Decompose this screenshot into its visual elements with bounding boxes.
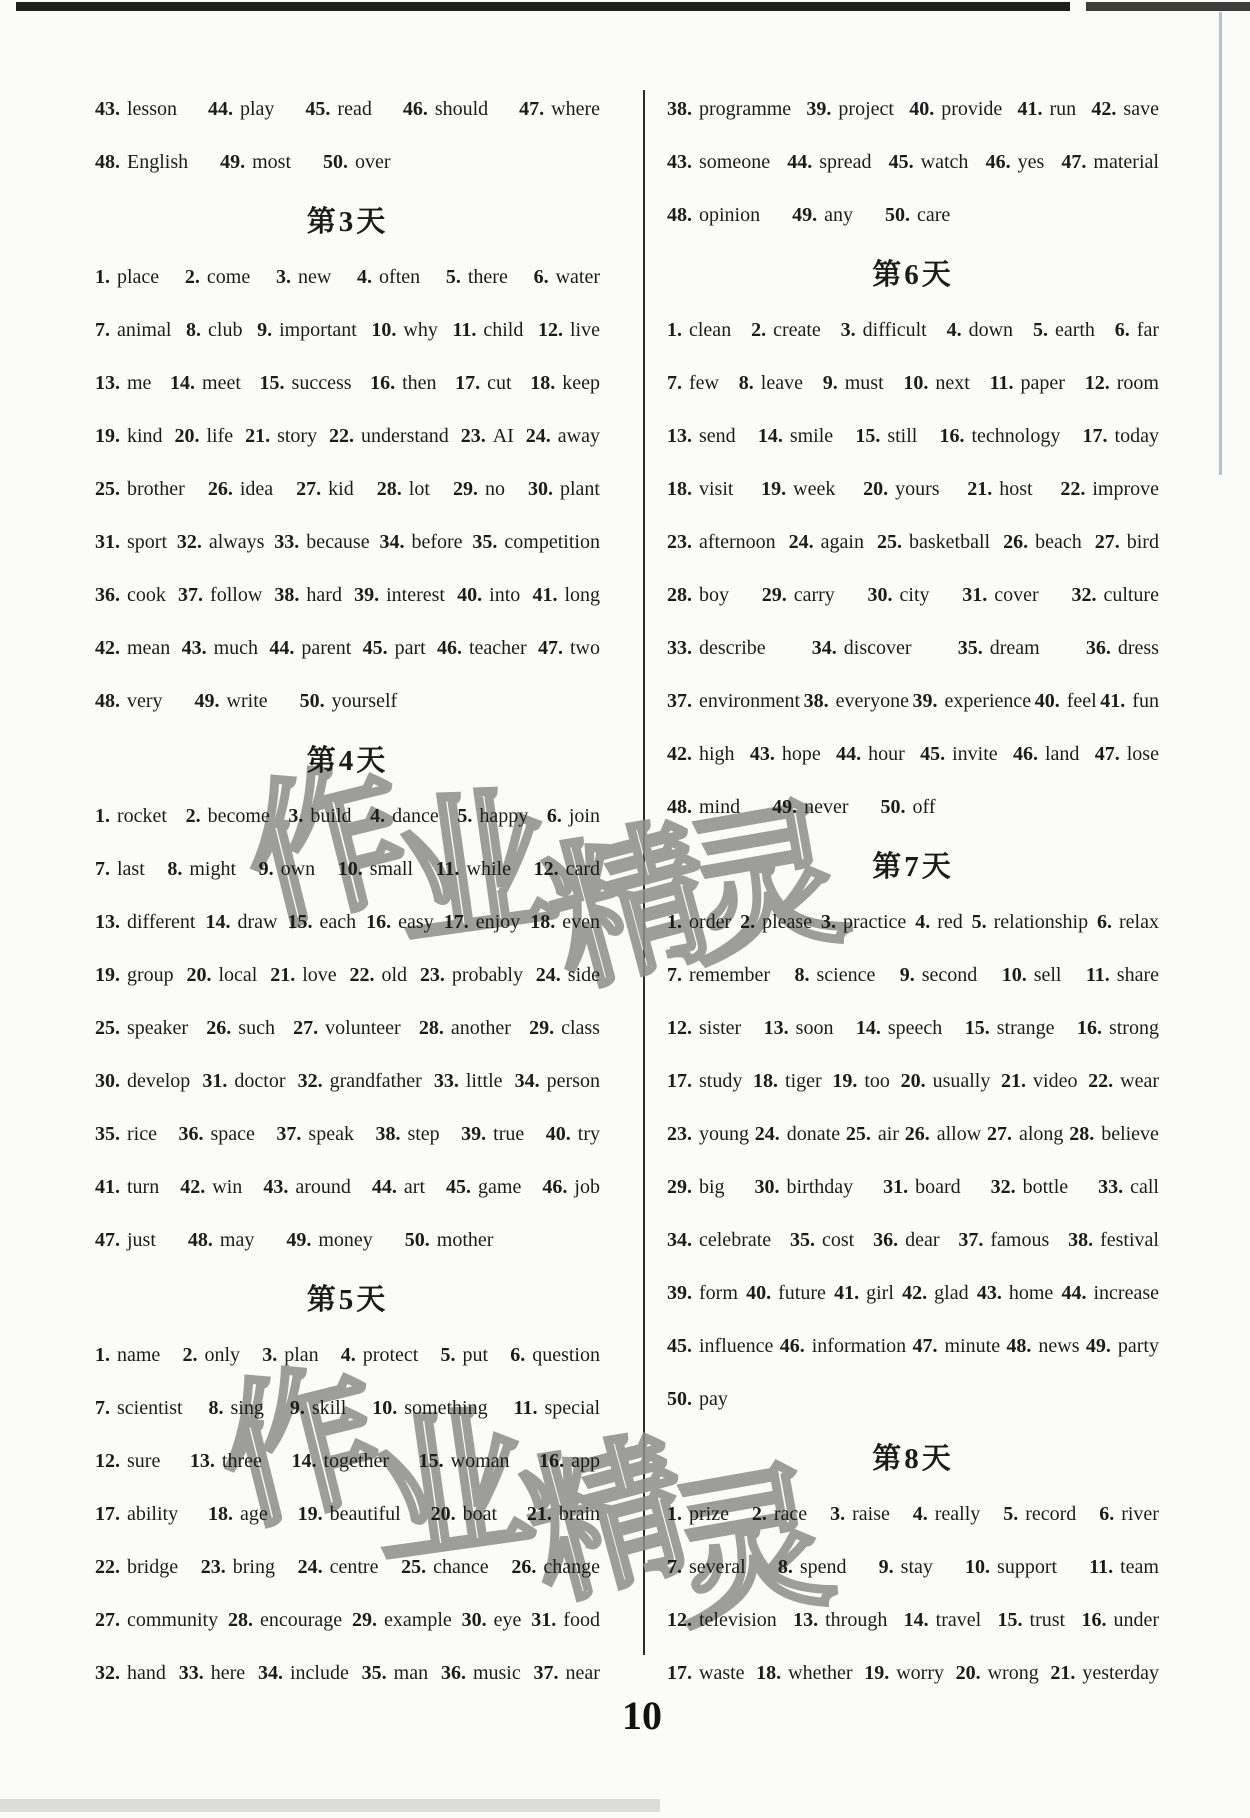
word-row: 1.order2.please3.practice4.red5.relation… [667,895,1159,948]
word-text: prize [689,1503,729,1525]
word-text: still [887,425,917,447]
word-text: new [298,266,331,288]
word-entry: 29.example [352,1610,452,1630]
word-text: dream [990,637,1040,659]
word-number: 7. [95,858,110,880]
word-text: yes [1018,151,1045,173]
word-entry: 29.no [453,479,505,499]
word-number: 25. [846,1123,871,1145]
word-row: 25.brother26.idea27.kid28.lot29.no30.pla… [95,462,600,515]
word-entry: 1.prize [667,1504,729,1524]
word-number: 50. [885,204,910,226]
word-text: birthday [787,1176,854,1198]
word-entry: 16.app [539,1451,600,1471]
word-text: probably [452,964,523,986]
word-text: job [574,1176,600,1198]
word-entry: 4.dance [370,806,439,826]
word-number: 4. [915,911,930,933]
word-entry: 31.sport [95,532,167,552]
word-number: 34. [812,637,837,659]
word-text: too [864,1070,890,1092]
scan-artifact-bottom [0,1799,660,1812]
word-entry: 37.speak [276,1124,354,1144]
word-number: 19. [95,425,120,447]
word-number: 36. [95,584,120,606]
word-number: 38. [375,1123,400,1145]
word-number: 49. [772,796,797,818]
word-entry: 22.understand [329,426,449,446]
word-entry: 27.along [987,1124,1063,1144]
word-number: 20. [863,478,888,500]
word-text: land [1045,743,1079,765]
word-text: visit [699,478,733,500]
word-number: 1. [95,1344,110,1366]
word-number: 50. [667,1388,692,1410]
word-text: old [381,964,407,986]
word-text: play [240,98,274,120]
word-number: 16. [940,425,965,447]
word-number: 7. [667,372,682,394]
word-entry: 46.information [780,1336,906,1356]
word-number: 24. [526,425,551,447]
word-text: often [379,266,420,288]
word-entry: 2.only [182,1345,240,1365]
word-entry: 19.beautiful [298,1504,401,1524]
word-entry: 11.while [436,859,511,879]
word-text: run [1050,98,1077,120]
word-text: lot [409,478,430,500]
word-number: 45. [920,743,945,765]
word-number: 38. [274,584,299,606]
word-number: 49. [195,690,220,712]
word-text: music [473,1662,521,1684]
word-row: 18.visit19.week20.yours21.host22.improve [667,462,1159,515]
word-entry: 7.animal [95,320,171,340]
word-number: 23. [667,1123,692,1145]
word-text: win [212,1176,242,1198]
word-text: boy [699,584,729,606]
word-number: 12. [534,858,559,880]
word-text: only [204,1344,240,1366]
word-number: 18. [667,478,692,500]
word-entry: 10.something [372,1398,487,1418]
word-number: 1. [667,911,682,933]
word-text: watch [921,151,969,173]
word-text: over [355,151,391,173]
word-text: three [222,1450,262,1472]
word-text: celebrate [699,1229,771,1251]
word-number: 36. [873,1229,898,1251]
word-text: cover [994,584,1038,606]
word-number: 44. [836,743,861,765]
word-number: 19. [761,478,786,500]
word-entry: 14.travel [904,1610,982,1630]
word-number: 20. [901,1070,926,1092]
word-text: small [370,858,413,880]
word-number: 37. [958,1229,983,1251]
word-number: 48. [188,1229,213,1251]
word-row: 1.name2.only3.plan4.protect5.put6.questi… [95,1328,600,1381]
word-number: 33. [179,1662,204,1684]
word-entry: 43.someone [667,152,770,172]
day-heading: 第6天 [667,241,1159,303]
word-text: sport [127,531,167,553]
word-entry: 43.hope [750,744,821,764]
word-number: 12. [1085,372,1110,394]
word-text: form [699,1282,738,1304]
word-text: water [556,266,600,288]
word-text: cut [487,372,511,394]
word-text: rice [127,1123,157,1145]
word-number: 20. [187,964,212,986]
word-number: 36. [441,1662,466,1684]
word-entry: 42.save [1091,99,1159,119]
word-entry: 29.carry [762,585,835,605]
word-number: 16. [1077,1017,1102,1039]
word-text: because [306,531,369,553]
word-entry: 28.another [419,1018,511,1038]
word-text: plant [560,478,600,500]
word-text: project [838,98,894,120]
word-entry: 43.lesson [95,99,177,119]
word-number: 9. [823,372,838,394]
word-entry: 15.trust [998,1610,1066,1630]
word-entry: 25.speaker [95,1018,188,1038]
word-number: 30. [755,1176,780,1198]
word-number: 8. [167,858,182,880]
word-text: game [478,1176,521,1198]
word-entry: 1.order [667,912,731,932]
word-text: community [127,1609,218,1631]
word-number: 19. [832,1070,857,1092]
word-text: big [699,1176,725,1198]
word-entry: 2.create [751,320,821,340]
word-entry: 9.stay [879,1557,933,1577]
word-number: 39. [461,1123,486,1145]
word-entry: 25.brother [95,479,185,499]
word-text: again [821,531,864,553]
word-text: AI [493,425,514,447]
word-number: 29. [762,584,787,606]
word-entry: 41.fun [1100,691,1159,711]
word-number: 39. [354,584,379,606]
word-number: 25. [95,478,120,500]
word-entry: 37.environment [667,691,800,711]
word-number: 23. [420,964,445,986]
word-entry: 48.very [95,691,163,711]
word-entry: 15.woman [419,1451,510,1471]
word-entry: 42.glad [902,1283,968,1303]
word-row: 36.cook37.follow38.hard39.interest40.int… [95,568,600,621]
word-number: 17. [667,1070,692,1092]
word-number: 40. [909,98,934,120]
word-number: 28. [667,584,692,606]
word-row: 30.develop31.doctor32.grandfather33.litt… [95,1054,600,1107]
word-text: then [402,372,436,394]
word-text: spread [819,151,871,173]
word-entry: 6.relax [1097,912,1159,932]
word-text: bring [233,1556,275,1578]
word-row: 23.afternoon24.again25.basketball26.beac… [667,515,1159,568]
word-entry: 12.room [1085,373,1159,393]
word-text: last [117,858,145,880]
word-text: competition [504,531,600,553]
word-text: food [563,1609,600,1631]
word-entry: 17.cut [455,373,511,393]
word-number: 18. [530,911,555,933]
word-number: 46. [542,1176,567,1198]
word-text: life [207,425,234,447]
word-entry: 17.enjoy [444,912,520,932]
word-number: 31. [962,584,987,606]
word-text: plan [284,1344,318,1366]
word-entry: 21.host [967,479,1032,499]
word-text: bottle [1023,1176,1069,1198]
word-entry: 5.there [446,267,508,287]
word-text: red [937,911,963,933]
word-entry: 45.watch [889,152,969,172]
word-entry: 50.yourself [300,691,398,711]
word-entry: 19.too [832,1071,890,1091]
word-row: 48.English49.most50.over [95,135,600,188]
word-entry: 30.develop [95,1071,190,1091]
word-entry: 24.again [789,532,864,552]
word-text: remember [689,964,770,986]
word-entry: 50.care [885,205,950,225]
word-number: 44. [787,151,812,173]
word-text: really [935,1503,981,1525]
word-text: mind [699,796,740,818]
word-text: card [566,858,600,880]
word-number: 33. [667,637,692,659]
word-text: team [1120,1556,1159,1578]
word-text: put [462,1344,488,1366]
word-number: 2. [740,911,755,933]
word-row: 1.clean2.create3.difficult4.down5.earth6… [667,303,1159,356]
word-text: pay [699,1388,728,1410]
word-entry: 20.life [175,426,234,446]
word-entry: 22.bridge [95,1557,178,1577]
word-number: 30. [528,478,553,500]
word-text: influence [699,1335,773,1357]
word-number: 15. [419,1450,444,1472]
word-number: 19. [864,1662,889,1684]
word-number: 38. [667,98,692,120]
word-entry: 4.red [915,912,963,932]
word-number: 28. [377,478,402,500]
word-text: brain [559,1503,600,1525]
word-number: 46. [1013,743,1038,765]
word-entry: 8.science [794,965,875,985]
word-entry: 39.project [806,99,894,119]
word-number: 11. [452,319,476,341]
word-entry: 18.whether [756,1663,852,1683]
word-entry: 50.off [881,797,936,817]
word-entry: 38.everyone [804,691,909,711]
word-number: 2. [752,1503,767,1525]
word-row: 22.bridge23.bring24.centre25.chance26.ch… [95,1540,600,1593]
word-number: 39. [667,1282,692,1304]
word-text: leave [761,372,803,394]
word-number: 12. [95,1450,120,1472]
word-text: very [127,690,163,712]
word-text: speech [888,1017,942,1039]
word-text: understand [361,425,449,447]
word-text: kid [328,478,354,500]
word-text: television [699,1609,777,1631]
word-text: information [812,1335,906,1357]
word-number: 34. [515,1070,540,1092]
word-row: 7.remember8.science9.second10.sell11.sha… [667,948,1159,1001]
word-text: money [318,1229,372,1251]
word-entry: 48.mind [667,797,740,817]
word-text: app [571,1450,600,1472]
word-number: 36. [178,1123,203,1145]
column-left: 43.lesson44.play45.read46.should47.where… [95,82,600,1699]
word-entry: 13.different [95,912,196,932]
word-entry: 18.age [208,1504,268,1524]
word-number: 3. [830,1503,845,1525]
word-entry: 3.difficult [841,320,927,340]
word-entry: 33.here [179,1663,245,1683]
word-entry: 34.person [515,1071,600,1091]
word-entry: 1.clean [667,320,731,340]
word-entry: 11.child [452,320,523,340]
word-entry: 44.increase [1061,1283,1159,1303]
word-number: 23. [201,1556,226,1578]
word-text: teacher [469,637,527,659]
word-number: 24. [755,1123,780,1145]
word-text: hope [782,743,821,765]
word-entry: 13.soon [764,1018,834,1038]
word-text: week [793,478,835,500]
word-number: 45. [363,637,388,659]
word-text: meet [202,372,241,394]
word-text: share [1117,964,1159,986]
word-text: call [1130,1176,1159,1198]
word-number: 27. [296,478,321,500]
word-row: 35.rice36.space37.speak38.step39.true40.… [95,1107,600,1160]
word-number: 18. [753,1070,778,1092]
word-number: 44. [372,1176,397,1198]
word-number: 7. [95,319,110,341]
word-row: 7.animal8.club9.important10.why11.child1… [95,303,600,356]
word-entry: 15.each [288,912,357,932]
word-entry: 2.become [186,806,270,826]
word-text: write [227,690,268,712]
word-text: me [127,372,151,394]
word-entry: 6.river [1099,1504,1159,1524]
scanned-page: 作业精灵 作业精灵 43.lesson44.play45.read46.shou… [0,0,1250,1818]
word-text: age [240,1503,268,1525]
word-entry: 19.worry [864,1663,944,1683]
word-text: boat [463,1503,497,1525]
word-text: spend [800,1556,847,1578]
word-text: why [403,319,437,341]
word-text: cook [127,584,166,606]
word-entry: 29.big [667,1177,725,1197]
word-text: example [384,1609,452,1631]
word-text: environment [699,690,800,712]
word-row: 1.place2.come3.new4.often5.there6.water [95,250,600,303]
word-number: 9. [879,1556,894,1578]
word-text: always [209,531,265,553]
word-text: few [689,372,719,394]
word-entry: 36.space [178,1124,254,1144]
word-text: waste [699,1662,745,1684]
word-entry: 5.relationship [972,912,1088,932]
word-row: 38.programme39.project40.provide41.run42… [667,82,1159,135]
word-number: 26. [208,478,233,500]
word-number: 8. [209,1397,224,1419]
word-text: room [1117,372,1159,394]
word-text: should [435,98,488,120]
word-entry: 20.local [187,965,258,985]
word-number: 45. [446,1176,471,1198]
word-entry: 38.hard [274,585,342,605]
scan-artifact-top-bar [16,2,1070,11]
word-text: change [543,1556,600,1578]
word-number: 49. [1086,1335,1111,1357]
word-text: order [689,911,731,933]
word-row: 19.kind20.life21.story22.understand23.AI… [95,409,600,462]
word-entry: 44.play [208,99,274,119]
word-number: 25. [401,1556,426,1578]
word-text: even [562,911,600,933]
word-text: true [493,1123,524,1145]
word-number: 16. [539,1450,564,1472]
word-text: fun [1132,690,1159,712]
word-text: experience [945,690,1032,712]
word-number: 1. [667,319,682,341]
word-entry: 16.easy [366,912,434,932]
word-text: study [699,1070,742,1092]
word-text: famous [990,1229,1049,1251]
word-entry: 47.just [95,1230,156,1250]
word-text: class [561,1017,600,1039]
word-row: 31.sport32.always33.because34.before35.c… [95,515,600,568]
word-text: kind [127,425,163,447]
word-number: 4. [947,319,962,341]
word-entry: 44.art [372,1177,425,1197]
word-entry: 24.donate [755,1124,840,1144]
word-number: 11. [436,858,460,880]
word-entry: 9.own [259,859,315,879]
word-text: material [1093,151,1159,173]
word-number: 31. [202,1070,227,1092]
word-text: story [277,425,317,447]
word-entry: 26.change [511,1557,600,1577]
word-entry: 7.last [95,859,145,879]
word-row: 43.lesson44.play45.read46.should47.where [95,82,600,135]
word-entry: 9.must [823,373,884,393]
word-number: 47. [913,1335,938,1357]
word-number: 28. [228,1609,253,1631]
word-number: 6. [1097,911,1112,933]
word-row: 7.several8.spend9.stay10.support11.team [667,1540,1159,1593]
word-row: 13.me14.meet15.success16.then17.cut18.ke… [95,356,600,409]
word-entry: 11.special [514,1398,600,1418]
column-divider [643,90,645,1655]
word-text: include [290,1662,349,1684]
word-row: 19.group20.local21.love22.old23.probably… [95,948,600,1001]
word-entry: 10.sell [1002,965,1062,985]
word-number: 6. [510,1344,525,1366]
word-text: carry [794,584,835,606]
word-entry: 20.wrong [956,1663,1039,1683]
word-entry: 22.improve [1060,479,1159,499]
word-number: 8. [794,964,809,986]
